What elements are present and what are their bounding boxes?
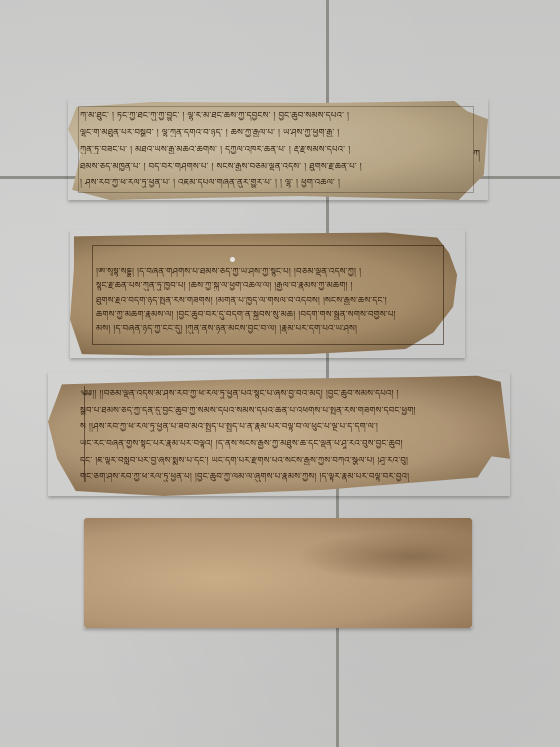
text-line: །ཨོཾ་སྭསྟི་སིདྡྷཾ། །དེ་བཞིན་གཤེགས་པ་ཐམས་… — [96, 268, 446, 277]
leaf-text-block: ༄༅།། །།བཅོམ་ལྡན་འདས་མ་ཤེས་རབ་ཀྱི་ཕ་རོལ་ཏ… — [80, 390, 480, 482]
manuscript-leaf-4-blank — [84, 518, 472, 628]
punch-hole — [230, 257, 235, 262]
text-line: ས །།ཤེས་རབ་ཀྱི་ཕ་རོལ་ཏུ་ཕྱིན་པ་ཟབ་མོའི་ས… — [80, 423, 480, 432]
text-line: སྒྲུབ་པ་ཐམས་ཅད་ཀྱི་དོན་དུ་བྱང་ཆུབ་ཀྱི་སེ… — [80, 407, 480, 416]
text-line: ཐམས་ཅད་མཁྱེན་པ་ ། བདེ་བར་གཤེགས་པ་ ། སངས་… — [80, 163, 470, 172]
folio-margin-mark: ཀ — [473, 143, 480, 171]
text-line: ཡང་རང་བཞིན་གྱིས་སྟོང་པར་རྣམ་པར་བལྟའོ། །ད… — [80, 440, 480, 449]
text-line: ཀུན་ཏུ་བཟང་པོ་ ། མཐའ་ཡས་རྒྱ་མཚོའི་ཚོགས་ … — [80, 146, 470, 155]
text-line: སྙིང་རྗེ་ཆེན་པོས་ཀུན་ཏུ་ཁྱབ་པ། །ཆོས་ཀྱི་… — [96, 282, 446, 291]
text-line: ༄༅།། །།བཅོམ་ལྡན་འདས་མ་ཤེས་རབ་ཀྱི་ཕ་རོལ་ཏ… — [80, 390, 480, 399]
text-line: གང་ཅིག་ཤེས་རབ་ཀྱི་ཕ་རོལ་ཏུ་ཕྱིན་པ། །བྱང་… — [80, 473, 480, 482]
leaf-paper — [84, 518, 472, 628]
text-line: མས། །དེ་བཞིན་ཉིད་ཀྱི་ངང་དུ། །ཀུན་ནས་ཉོན་… — [96, 325, 446, 334]
text-line: ། ཤེས་རབ་ཀྱི་ཕ་རོལ་ཏུ་ཕྱིན་པ་ ། འཇམ་དཔལ་… — [80, 179, 470, 188]
manuscript-leaf-2: །ཨོཾ་སྭསྟི་སིདྡྷཾ། །དེ་བཞིན་གཤེགས་པ་ཐམས་… — [70, 230, 465, 358]
text-line: ལྷང་གི་མཐུན་པར་བསྒྲུབ་ ། ལྷ་ཀུན་དགའ་བ་ཉི… — [80, 129, 470, 138]
manuscript-leaf-3: ༄༅།། །།བཅོམ་ལྡན་འདས་མ་ཤེས་རབ་ཀྱི་ཕ་རོལ་ཏ… — [48, 372, 510, 496]
leaf-text-block: ཀ་མ་ཐུང་ ། ཏང་ཀྱེ་ཐིང་ཀུ་ཀྱི་བྱུང་ ། ལྷ་… — [80, 112, 470, 188]
leaf-text-block: །ཨོཾ་སྭསྟི་སིདྡྷཾ། །དེ་བཞིན་གཤེགས་པ་ཐམས་… — [96, 268, 446, 334]
text-line: ཐུགས་རྗེའི་བདག་ཉིད་སྤྱན་རས་གཟིགས། །མགོན་… — [96, 297, 446, 306]
text-line: དང་ །ཇི་ལྟར་བསླབ་པར་བྱ་ཞེས་སྨྲས་པ་དང་། ཡ… — [80, 457, 480, 466]
text-line: ཚོགས་ཀྱི་མཆོག་རྣམས་ལ། །བྱང་ཆུབ་བར་དུ་བདག… — [96, 311, 446, 320]
text-line: ཀ་མ་ཐུང་ ། ཏང་ཀྱེ་ཐིང་ཀུ་ཀྱི་བྱུང་ ། ལྷ་… — [80, 112, 470, 121]
manuscript-leaf-1: ཀ་མ་ཐུང་ ། ཏང་ཀྱེ་ཐིང་ཀུ་ཀྱི་བྱུང་ ། ལྷ་… — [68, 99, 488, 200]
